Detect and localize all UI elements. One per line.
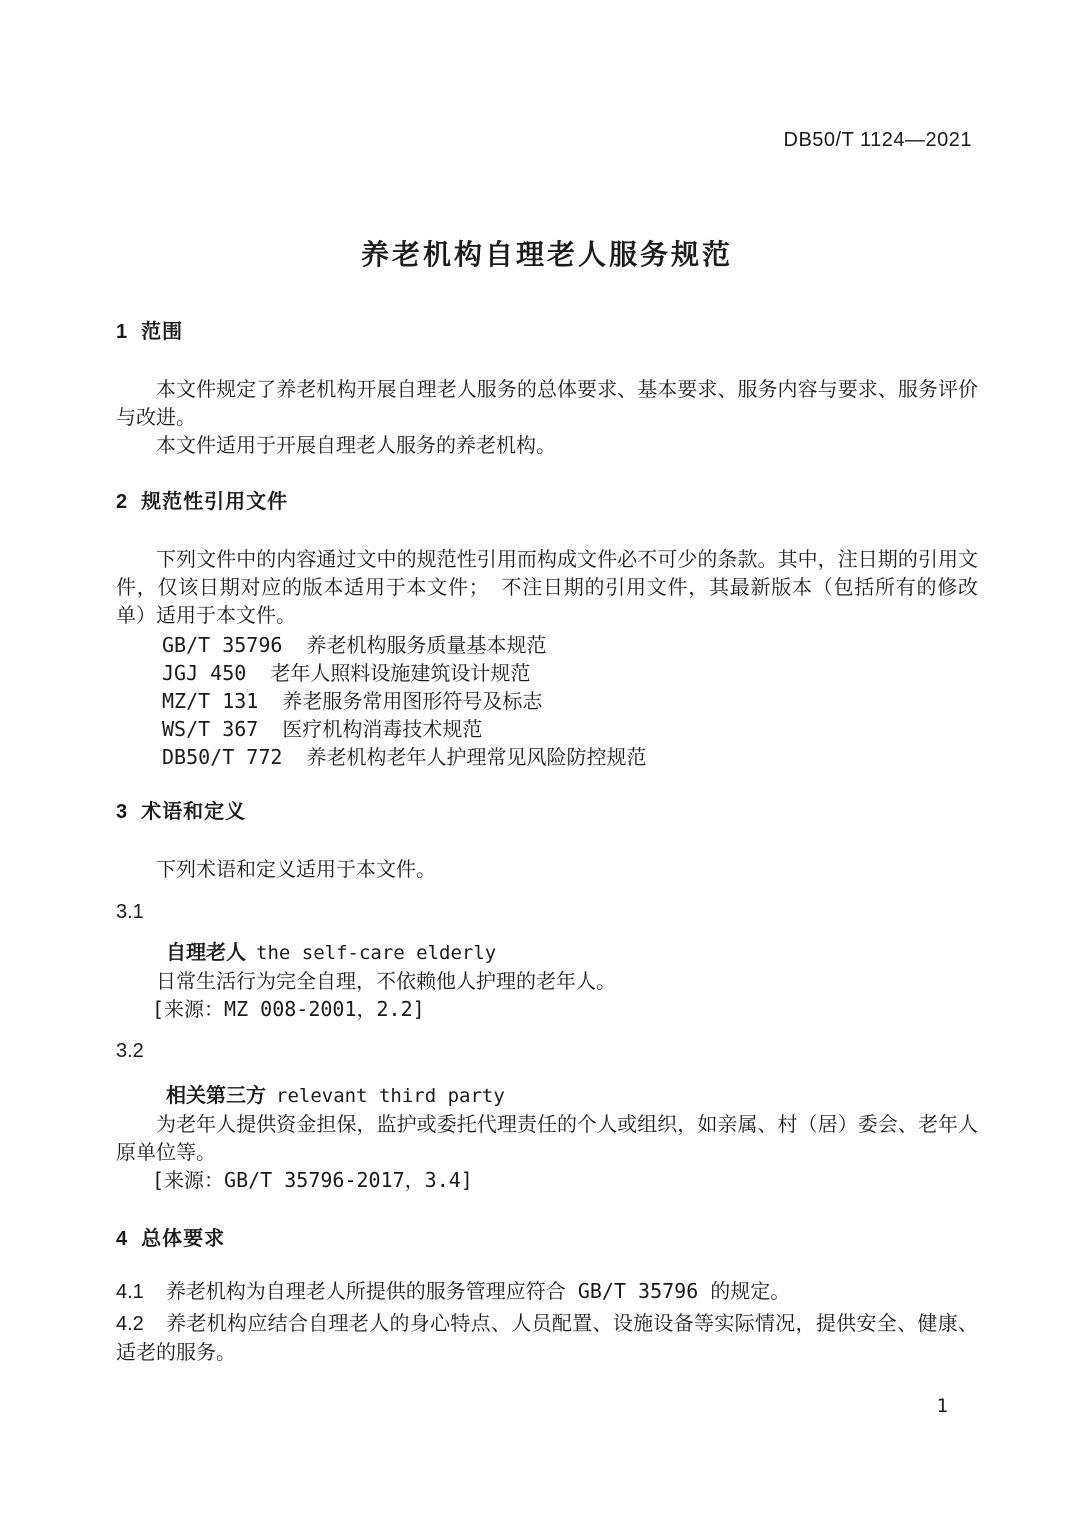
normative-references-paragraph: 下列文件中的内容通过文中的规范性引用而构成文件必不可少的条款。其中，注日期的引用… xyxy=(116,545,978,629)
section-heading-terms-definitions: 3术语和定义 xyxy=(116,798,978,826)
scope-paragraph-2: 本文件适用于开展自理老人服务的养老机构。 xyxy=(116,431,978,459)
section-number: 2 xyxy=(116,491,127,513)
scope-paragraph-1: 本文件规定了养老机构开展自理老人服务的总体要求、基本要求、服务内容与要求、服务评… xyxy=(116,375,978,431)
reference-item: DB50/T 772 养老机构老年人护理常见风险防控规范 xyxy=(116,743,978,771)
section-title: 术语和定义 xyxy=(141,801,246,823)
clause-4-1: 4.1养老机构为自理老人所提供的服务管理应符合 GB/T 35796 的规定。 xyxy=(116,1277,978,1306)
section-title: 总体要求 xyxy=(141,1228,225,1250)
section-title: 范围 xyxy=(141,321,183,343)
term-name-english: the self-care elderly xyxy=(256,942,496,964)
term-name-chinese: 相关第三方 xyxy=(166,1085,266,1107)
term-source: [来源：MZ 008-2001，2.2] xyxy=(116,995,978,1023)
term-definition: 日常生活行为完全自理，不依赖他人护理的老年人。 xyxy=(116,967,978,995)
page-number: 1 xyxy=(116,1392,978,1420)
term-name-english: relevant third party xyxy=(276,1085,505,1107)
term-number: 3.2 xyxy=(116,1037,978,1065)
section-number: 1 xyxy=(116,321,127,343)
reference-item: GB/T 35796 养老机构服务质量基本规范 xyxy=(116,631,978,659)
reference-item: WS/T 367 医疗机构消毒技术规范 xyxy=(116,715,978,743)
section-title: 规范性引用文件 xyxy=(141,491,288,513)
term-definition: 为老年人提供资金担保，监护或委托代理责任的个人或组织，如亲属、村（居）委会、老年… xyxy=(116,1110,978,1166)
term-name-chinese: 自理老人 xyxy=(166,942,246,964)
clause-number: 4.1 xyxy=(116,1281,144,1303)
term-source: [来源：GB/T 35796-2017，3.4] xyxy=(116,1166,978,1194)
term-entry: 相关第三方relevant third party xyxy=(116,1081,978,1110)
document-content: DB50/T 1124—2021 养老机构自理老人服务规范 1范围 本文件规定了… xyxy=(116,0,978,1420)
document-code: DB50/T 1124—2021 xyxy=(116,126,978,154)
section-number: 4 xyxy=(116,1228,127,1250)
clause-text: 养老机构为自理老人所提供的服务管理应符合 GB/T 35796 的规定。 xyxy=(166,1279,791,1303)
section-heading-normative-references: 2规范性引用文件 xyxy=(116,488,978,516)
section-number: 3 xyxy=(116,801,127,823)
clause-number: 4.2 xyxy=(116,1313,144,1335)
reference-list: GB/T 35796 养老机构服务质量基本规范 JGJ 450 老年人照料设施建… xyxy=(116,631,978,771)
section-heading-scope: 1范围 xyxy=(116,318,978,346)
document-page: DB50/T 1124—2021 养老机构自理老人服务规范 1范围 本文件规定了… xyxy=(0,0,1074,1520)
section-heading-general-requirements: 4总体要求 xyxy=(116,1225,978,1253)
reference-item: MZ/T 131 养老服务常用图形符号及标志 xyxy=(116,687,978,715)
reference-item: JGJ 450 老年人照料设施建筑设计规范 xyxy=(116,659,978,687)
terms-intro-paragraph: 下列术语和定义适用于本文件。 xyxy=(116,855,978,883)
clause-text: 养老机构应结合自理老人的身心特点、人员配置、设施设备等实际情况，提供安全、健康、… xyxy=(116,1311,978,1364)
clause-4-2: 4.2养老机构应结合自理老人的身心特点、人员配置、设施设备等实际情况，提供安全、… xyxy=(116,1309,978,1366)
term-number: 3.1 xyxy=(116,898,978,926)
document-title: 养老机构自理老人服务规范 xyxy=(116,235,978,275)
term-entry: 自理老人the self-care elderly xyxy=(116,938,978,967)
